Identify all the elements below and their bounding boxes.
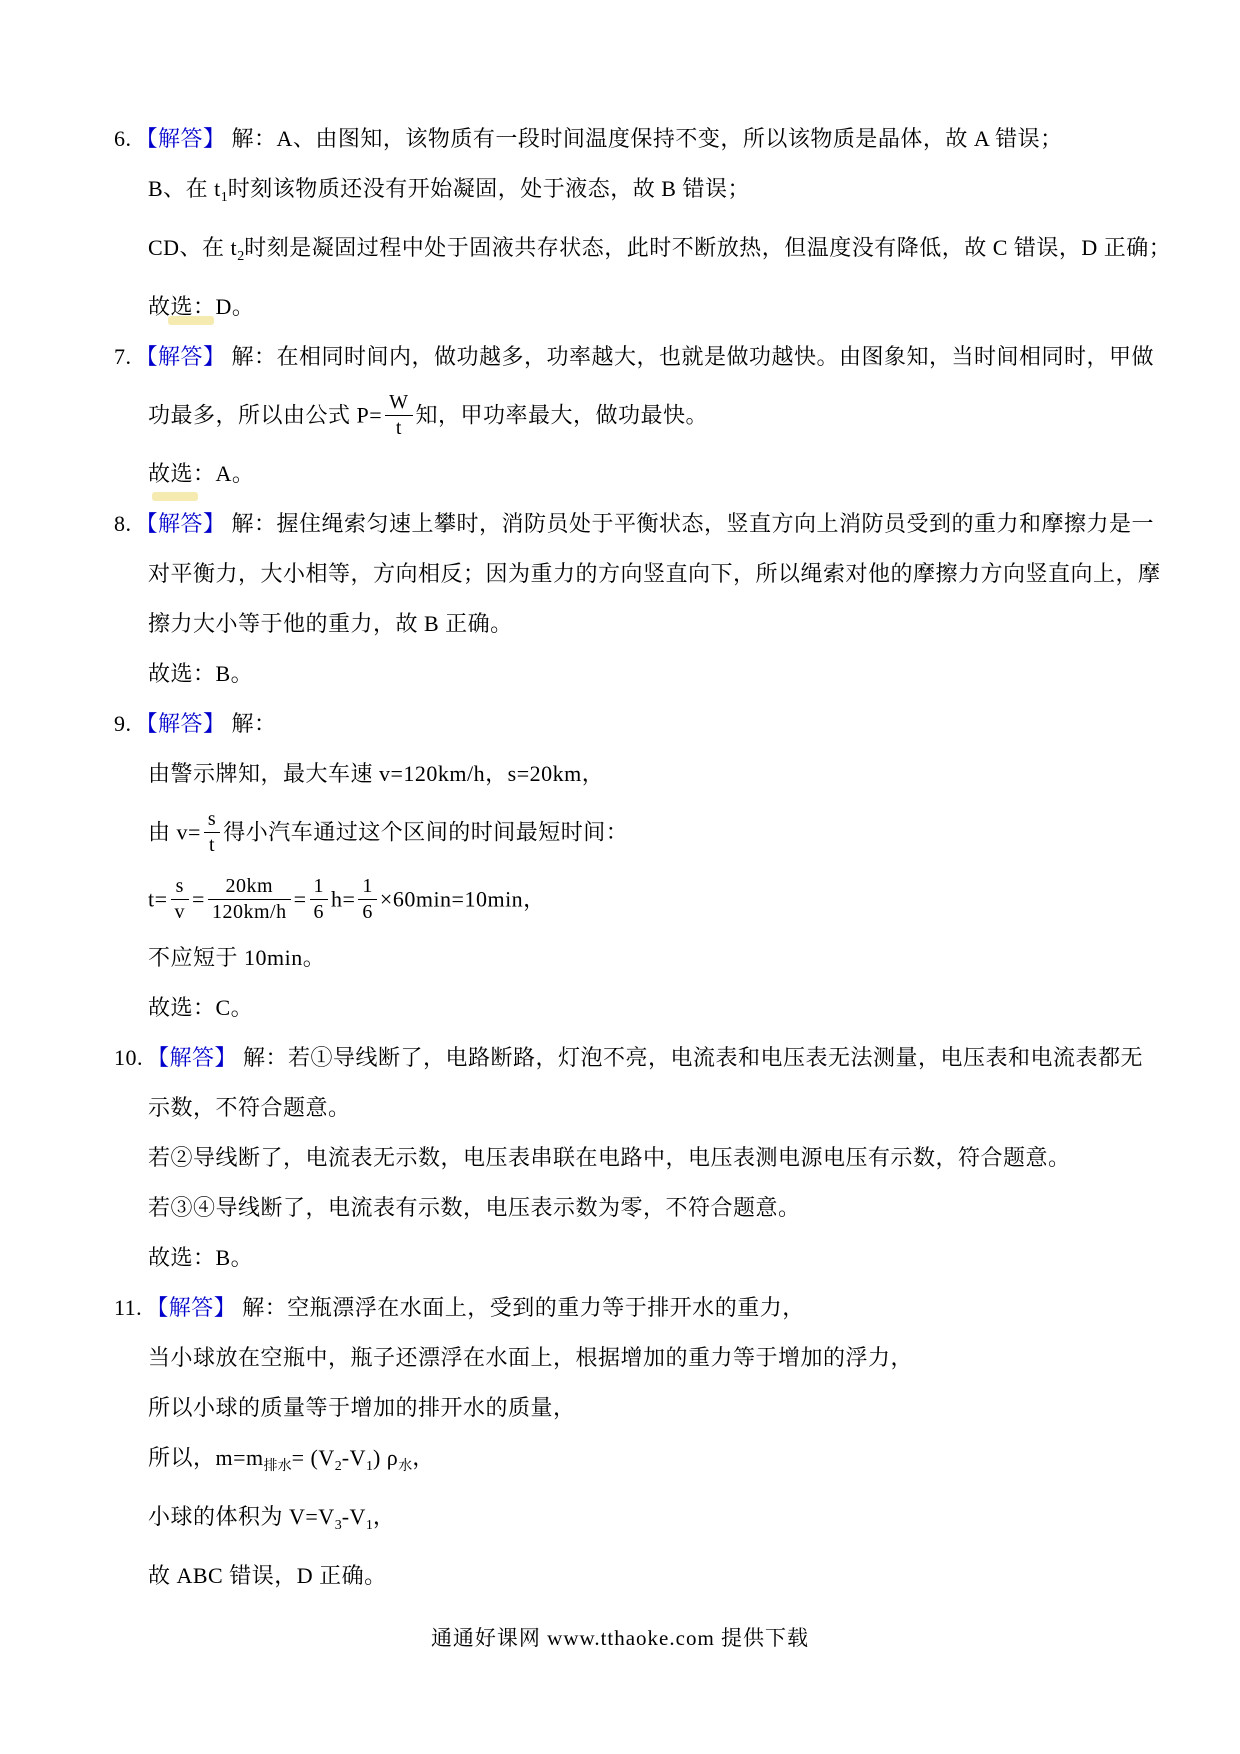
answer-text: -V	[342, 1504, 366, 1529]
subscript: 水	[398, 1459, 412, 1474]
answer-text: 所以，m=m	[148, 1445, 264, 1470]
fraction-denominator: t	[204, 833, 220, 858]
fraction: st	[204, 807, 220, 858]
answer-8: 8.【解答】解：握住绳索匀速上攀时，消防员处于平衡状态，竖直方向上消防员受到的重…	[114, 509, 1154, 689]
answer-text: 对平衡力，大小相等，方向相反；因为重力的方向竖直向下，所以绳索对他的摩擦力方向竖…	[148, 561, 1161, 586]
answer-line: 9.【解答】解：	[114, 709, 1154, 739]
answer-text: -V	[342, 1445, 366, 1470]
subscript: 3	[335, 1518, 342, 1533]
document-page: 6.【解答】解：A、由图知，该物质有一段时间温度保持不变，所以该物质是晶体，故 …	[0, 0, 1240, 1754]
answer-line: 故选：C。	[114, 993, 1154, 1023]
answer-text: CD、在 t	[148, 235, 237, 260]
answer-text: 由警示牌知，最大车速 v=120km/h，s=20km，	[148, 761, 604, 786]
answer-tag: 【解答】	[136, 511, 226, 536]
answer-line: 小球的体积为 V=V3-V1，	[114, 1502, 1154, 1541]
answer-line: 10.【解答】解：若①导线断了，电路断路，灯泡不亮，电流表和电压表无法测量，电压…	[114, 1043, 1154, 1073]
answer-text: 时刻是凝固过程中处于固液共存状态，此时不断放热，但温度没有降低，故 C 错误，D…	[244, 235, 1171, 260]
answer-line: 功最多，所以由公式 P=Wt知，甲功率最大，做功最快。	[114, 392, 1154, 443]
fraction-numerator: s	[204, 807, 220, 833]
answer-line: 若②导线断了，电流表无示数，电压表串联在电路中，电压表测电源电压有示数，符合题意…	[114, 1143, 1154, 1173]
page-footer: 通通好课网 www.tthaoke.com 提供下载	[0, 1622, 1240, 1652]
answer-line: 故 ABC 错误，D 正确。	[114, 1561, 1154, 1591]
fraction: sv	[171, 874, 190, 925]
answer-text: ，	[373, 1504, 396, 1529]
answer-text: 故选：C。	[148, 995, 253, 1020]
answer-line: 故选：B。	[114, 1243, 1154, 1273]
fraction: 20km120km/h	[208, 874, 291, 925]
question-number: 10.	[114, 1045, 143, 1070]
fraction: 16	[310, 874, 329, 925]
fraction: 16	[358, 874, 377, 925]
answer-text: 故选：D。	[148, 294, 254, 319]
answer-text: 解：若①导线断了，电路断路，灯泡不亮，电流表和电压表无法测量，电压表和电流表都无	[243, 1045, 1143, 1070]
answer-line: 示数，不符合题意。	[114, 1093, 1154, 1123]
fraction-denominator: 6	[310, 900, 329, 925]
answer-text: 由 v=	[148, 820, 201, 845]
answer-line: 所以小球的质量等于增加的排开水的质量，	[114, 1393, 1154, 1423]
answer-tag: 【解答】	[146, 1295, 236, 1320]
answer-line: 擦力大小等于他的重力，故 B 正确。	[114, 609, 1154, 639]
answer-text: 解：在相同时间内，做功越多，功率越大，也就是做功越快。由图象知，当时间相同时，甲…	[232, 344, 1155, 369]
subscript: 2	[335, 1459, 342, 1474]
subscript: 排水	[264, 1459, 292, 1474]
subscript: 1	[366, 1518, 373, 1533]
answer-tag: 【解答】	[136, 344, 226, 369]
answer-text: 解：握住绳索匀速上攀时，消防员处于平衡状态，竖直方向上消防员受到的重力和摩擦力是…	[232, 511, 1155, 536]
fraction: Wt	[385, 390, 412, 441]
answer-line: 8.【解答】解：握住绳索匀速上攀时，消防员处于平衡状态，竖直方向上消防员受到的重…	[114, 509, 1154, 539]
answer-line: t=sv=20km120km/h=16h=16×60min=10min，	[114, 876, 1154, 927]
fraction-numerator: 20km	[208, 874, 291, 900]
answer-line: 不应短于 10min。	[114, 943, 1154, 973]
answer-text: 故选：A。	[148, 461, 254, 486]
answer-text: =	[192, 887, 205, 912]
question-number: 11.	[114, 1295, 142, 1320]
answer-text: 所以小球的质量等于增加的排开水的质量，	[148, 1395, 576, 1420]
fraction-denominator: v	[171, 900, 190, 925]
answer-line: 故选：A。	[114, 459, 1154, 489]
answer-text: 知，甲功率最大，做功最快。	[416, 403, 709, 428]
answer-text: 小球的体积为 V=V	[148, 1504, 335, 1529]
answer-text: 解：	[232, 711, 277, 736]
answer-line: 故选：B。	[114, 659, 1154, 689]
answer-text: =	[294, 887, 307, 912]
answer-line: 11.【解答】解：空瓶漂浮在水面上，受到的重力等于排开水的重力，	[114, 1293, 1154, 1323]
answer-line: 故选：D。	[114, 292, 1154, 322]
answer-text: t=	[148, 887, 168, 912]
answer-text: 若②导线断了，电流表无示数，电压表串联在电路中，电压表测电源电压有示数，符合题意…	[148, 1145, 1071, 1170]
subscript: 1	[221, 190, 228, 205]
answer-line: 若③④导线断了，电流表有示数，电压表示数为零，不符合题意。	[114, 1193, 1154, 1223]
answer-text: 故选：B。	[148, 1245, 253, 1270]
fraction-numerator: W	[385, 390, 412, 416]
answer-tag: 【解答】	[147, 1045, 237, 1070]
answer-text: ) ρ	[373, 1445, 398, 1470]
question-number: 7.	[114, 344, 132, 369]
answer-line: 对平衡力，大小相等，方向相反；因为重力的方向竖直向下，所以绳索对他的摩擦力方向竖…	[114, 559, 1154, 589]
answer-6: 6.【解答】解：A、由图知，该物质有一段时间温度保持不变，所以该物质是晶体，故 …	[114, 124, 1154, 322]
answer-line: 7.【解答】解：在相同时间内，做功越多，功率越大，也就是做功越快。由图象知，当时…	[114, 342, 1154, 372]
question-number: 6.	[114, 126, 132, 151]
fraction-numerator: 1	[310, 874, 329, 900]
answer-text: 时刻该物质还没有开始凝固，处于液态，故 B 错误；	[228, 176, 750, 201]
answer-9: 9.【解答】解：由警示牌知，最大车速 v=120km/h，s=20km，由 v=…	[114, 709, 1154, 1023]
fraction-numerator: s	[171, 874, 190, 900]
answer-text: ，	[412, 1445, 435, 1470]
answer-line: 由 v=st得小汽车通过这个区间的时间最短时间：	[114, 809, 1154, 860]
answer-text: = (V	[292, 1445, 335, 1470]
answer-text: 解：空瓶漂浮在水面上，受到的重力等于排开水的重力，	[242, 1295, 805, 1320]
fraction-numerator: 1	[358, 874, 377, 900]
fraction-denominator: 120km/h	[208, 900, 291, 925]
answer-text: 解：A、由图知，该物质有一段时间温度保持不变，所以该物质是晶体，故 A 错误；	[232, 126, 1063, 151]
answer-text: 若③④导线断了，电流表有示数，电压表示数为零，不符合题意。	[148, 1195, 801, 1220]
answer-text: 擦力大小等于他的重力，故 B 正确。	[148, 611, 513, 636]
answers-list: 6.【解答】解：A、由图知，该物质有一段时间温度保持不变，所以该物质是晶体，故 …	[114, 124, 1154, 1611]
answer-line: 由警示牌知，最大车速 v=120km/h，s=20km，	[114, 759, 1154, 789]
answer-line: CD、在 t2时刻是凝固过程中处于固液共存状态，此时不断放热，但温度没有降低，故…	[114, 233, 1154, 272]
answer-text: 不应短于 10min。	[148, 945, 325, 970]
question-number: 9.	[114, 711, 132, 736]
answer-text: 故 ABC 错误，D 正确。	[148, 1563, 387, 1588]
answer-text: 功最多，所以由公式 P=	[148, 403, 382, 428]
answer-line: 6.【解答】解：A、由图知，该物质有一段时间温度保持不变，所以该物质是晶体，故 …	[114, 124, 1154, 154]
answer-text: 故选：B。	[148, 661, 253, 686]
subscript: 1	[366, 1459, 373, 1474]
fraction-denominator: t	[385, 416, 412, 441]
answer-line: 当小球放在空瓶中，瓶子还漂浮在水面上，根据增加的重力等于增加的浮力，	[114, 1343, 1154, 1373]
fraction-denominator: 6	[358, 900, 377, 925]
answer-tag: 【解答】	[136, 711, 226, 736]
question-number: 8.	[114, 511, 132, 536]
answer-line: B、在 t1时刻该物质还没有开始凝固，处于液态，故 B 错误；	[114, 174, 1154, 213]
answer-text: 示数，不符合题意。	[148, 1095, 351, 1120]
answer-10: 10.【解答】解：若①导线断了，电路断路，灯泡不亮，电流表和电压表无法测量，电压…	[114, 1043, 1154, 1273]
answer-text: h=	[331, 887, 355, 912]
answer-text: 得小汽车通过这个区间的时间最短时间：	[223, 820, 628, 845]
answer-text: B、在 t	[148, 176, 221, 201]
answer-line: 所以，m=m排水= (V2-V1) ρ水，	[114, 1443, 1154, 1482]
answer-tag: 【解答】	[136, 126, 226, 151]
answer-11: 11.【解答】解：空瓶漂浮在水面上，受到的重力等于排开水的重力，当小球放在空瓶中…	[114, 1293, 1154, 1591]
answer-text: ×60min=10min，	[380, 887, 546, 912]
answer-7: 7.【解答】解：在相同时间内，做功越多，功率越大，也就是做功越快。由图象知，当时…	[114, 342, 1154, 489]
answer-text: 当小球放在空瓶中，瓶子还漂浮在水面上，根据增加的重力等于增加的浮力，	[148, 1345, 913, 1370]
